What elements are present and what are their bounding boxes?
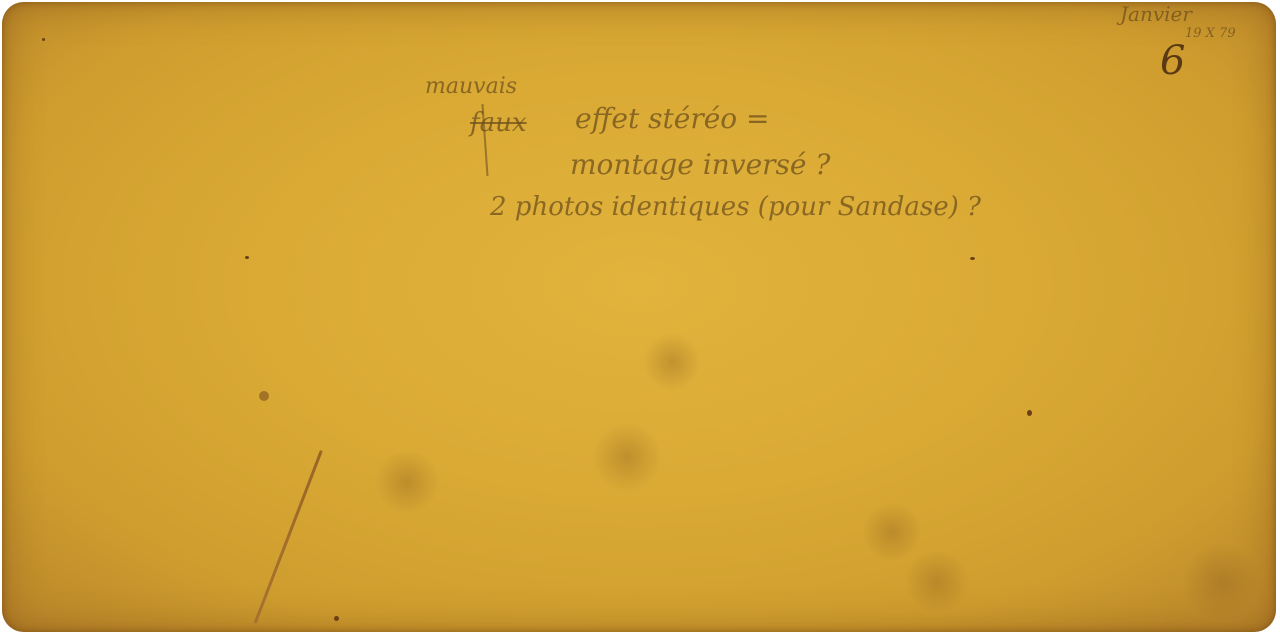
spot [970, 257, 975, 260]
annotation-corner-month: Janvier [1120, 2, 1192, 26]
annotation-mauvais: mauvais [425, 74, 517, 99]
stain [862, 502, 922, 562]
spot [42, 38, 45, 41]
stain [372, 452, 442, 512]
stain [902, 552, 972, 612]
annotation-corner-number: 6 [1160, 38, 1185, 84]
spot [334, 616, 339, 621]
annotation-effet-stereo: effet stéréo = [575, 102, 770, 135]
spot [1027, 410, 1032, 416]
annotation-struck-word: faux [470, 108, 527, 138]
stain [1182, 542, 1262, 622]
annotation-montage-inverse: montage inversé ? [570, 148, 830, 181]
stain [592, 422, 662, 492]
crease-mark [254, 450, 323, 624]
annotation-photos-identiques: 2 photos identiques (pour Sandase) ? [490, 192, 981, 222]
card-back [2, 2, 1276, 632]
stain [642, 332, 702, 392]
spot [245, 256, 249, 259]
annotation-corner-date: 19 X 79 [1185, 26, 1236, 41]
spot [259, 391, 269, 401]
